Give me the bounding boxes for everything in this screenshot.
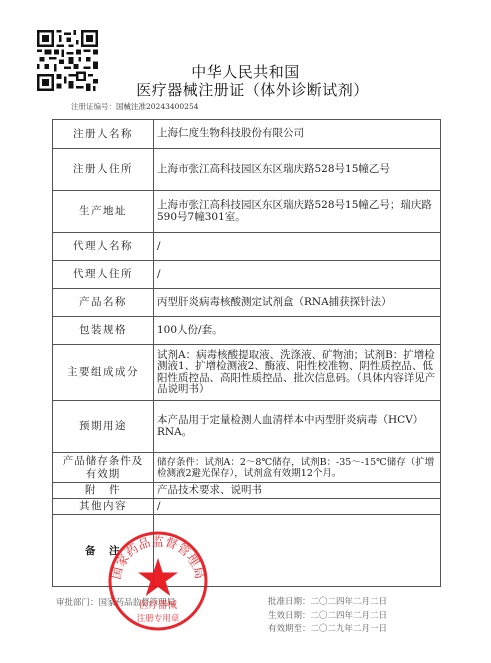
seal-line2: 注册专用章: [137, 613, 180, 624]
row-label: 其他内容: [53, 499, 154, 515]
approval-date: 批准日期：二〇二四年二月二日: [268, 596, 387, 610]
table-row: 产品名称 丙型肝炎病毒核酸测定试剂盒（RNA捕获探针法）: [53, 289, 441, 317]
row-label: 产品名称: [53, 289, 154, 317]
official-seal-icon: 国家药品监督管理局 医疗器械 注册专用章: [107, 530, 209, 632]
row-label: 代理人名称: [53, 233, 154, 261]
row-value: 丙型肝炎病毒核酸测定试剂盒（RNA捕获探针法）: [154, 289, 441, 317]
row-value: /: [154, 499, 441, 515]
row-value: /: [154, 233, 441, 261]
registration-number-label: 注册证编号：: [71, 102, 116, 111]
table-row: 其他内容 /: [53, 499, 441, 515]
table-row: 生产地址 上海市张江高科技园区东区瑞庆路528号15幢乙号；瑞庆路590号7幢3…: [53, 191, 441, 233]
certificate-table: 注册人名称 上海仁度生物科技股份有限公司 注册人住所 上海市张江高科技园区东区瑞…: [52, 119, 441, 587]
expiry-date: 有效期至：二〇二九年二月一日: [268, 623, 387, 637]
registration-number: 注册证编号：国械注准20243400254: [71, 101, 199, 112]
row-value: 本产品用于定量检测人血清样本中丙型肝炎病毒（HCV）RNA。: [154, 401, 441, 453]
table-row: 代理人住所 /: [53, 261, 441, 289]
row-label: 附 件: [53, 483, 154, 499]
registration-number-value: 国械注准20243400254: [116, 102, 199, 111]
seal-line1: 医疗器械: [139, 599, 178, 611]
row-label: 代理人住所: [53, 261, 154, 289]
effective-date: 生效日期：二〇二四年二月二日: [268, 610, 387, 624]
row-label: 包装规格: [53, 317, 154, 345]
table-row: 注册人住所 上海市张江高科技园区东区瑞庆路528号15幢乙号: [53, 149, 441, 191]
table-row: 包装规格 100人份/套。: [53, 317, 441, 345]
row-label: 预期用途: [53, 401, 154, 453]
row-value: 试剂A：病毒核酸提取液、洗涤液、矿物油；试剂B：扩增检测液1、扩增检测液2、酶液…: [154, 345, 441, 401]
row-label: 注册人住所: [53, 149, 154, 191]
row-value: 上海市张江高科技园区东区瑞庆路528号15幢乙号: [154, 149, 441, 191]
row-value: 产品技术要求、说明书: [154, 483, 441, 499]
row-label: 注册人名称: [53, 120, 154, 149]
row-value: 100人份/套。: [154, 317, 441, 345]
row-value: 上海市张江高科技园区东区瑞庆路528号15幢乙号；瑞庆路590号7幢301室。: [154, 191, 441, 233]
row-label: 产品储存条件及有效期: [53, 453, 154, 483]
row-label: 主要组成成分: [53, 345, 154, 401]
table-row: 主要组成成分 试剂A：病毒核酸提取液、洗涤液、矿物油；试剂B：扩增检测液1、扩增…: [53, 345, 441, 401]
table-row: 注册人名称 上海仁度生物科技股份有限公司: [53, 120, 441, 149]
row-value: 储存条件：试剂A：2～8℃储存，试剂B：-35～-15℃储存（扩增检测液2避光保…: [154, 453, 441, 483]
row-value: /: [154, 261, 441, 289]
table-row: 预期用途 本产品用于定量检测人血清样本中丙型肝炎病毒（HCV）RNA。: [53, 401, 441, 453]
table-row: 代理人名称 /: [53, 233, 441, 261]
document-title: 医疗器械注册证（体外诊断试剂）: [0, 79, 491, 100]
dates-block: 批准日期：二〇二四年二月二日 生效日期：二〇二四年二月二日 有效期至：二〇二九年…: [268, 596, 387, 637]
table-row: 产品储存条件及有效期 储存条件：试剂A：2～8℃储存，试剂B：-35～-15℃储…: [53, 453, 441, 483]
row-label: 生产地址: [53, 191, 154, 233]
table-row: 附 件 产品技术要求、说明书: [53, 483, 441, 499]
row-value: 上海仁度生物科技股份有限公司: [154, 120, 441, 149]
